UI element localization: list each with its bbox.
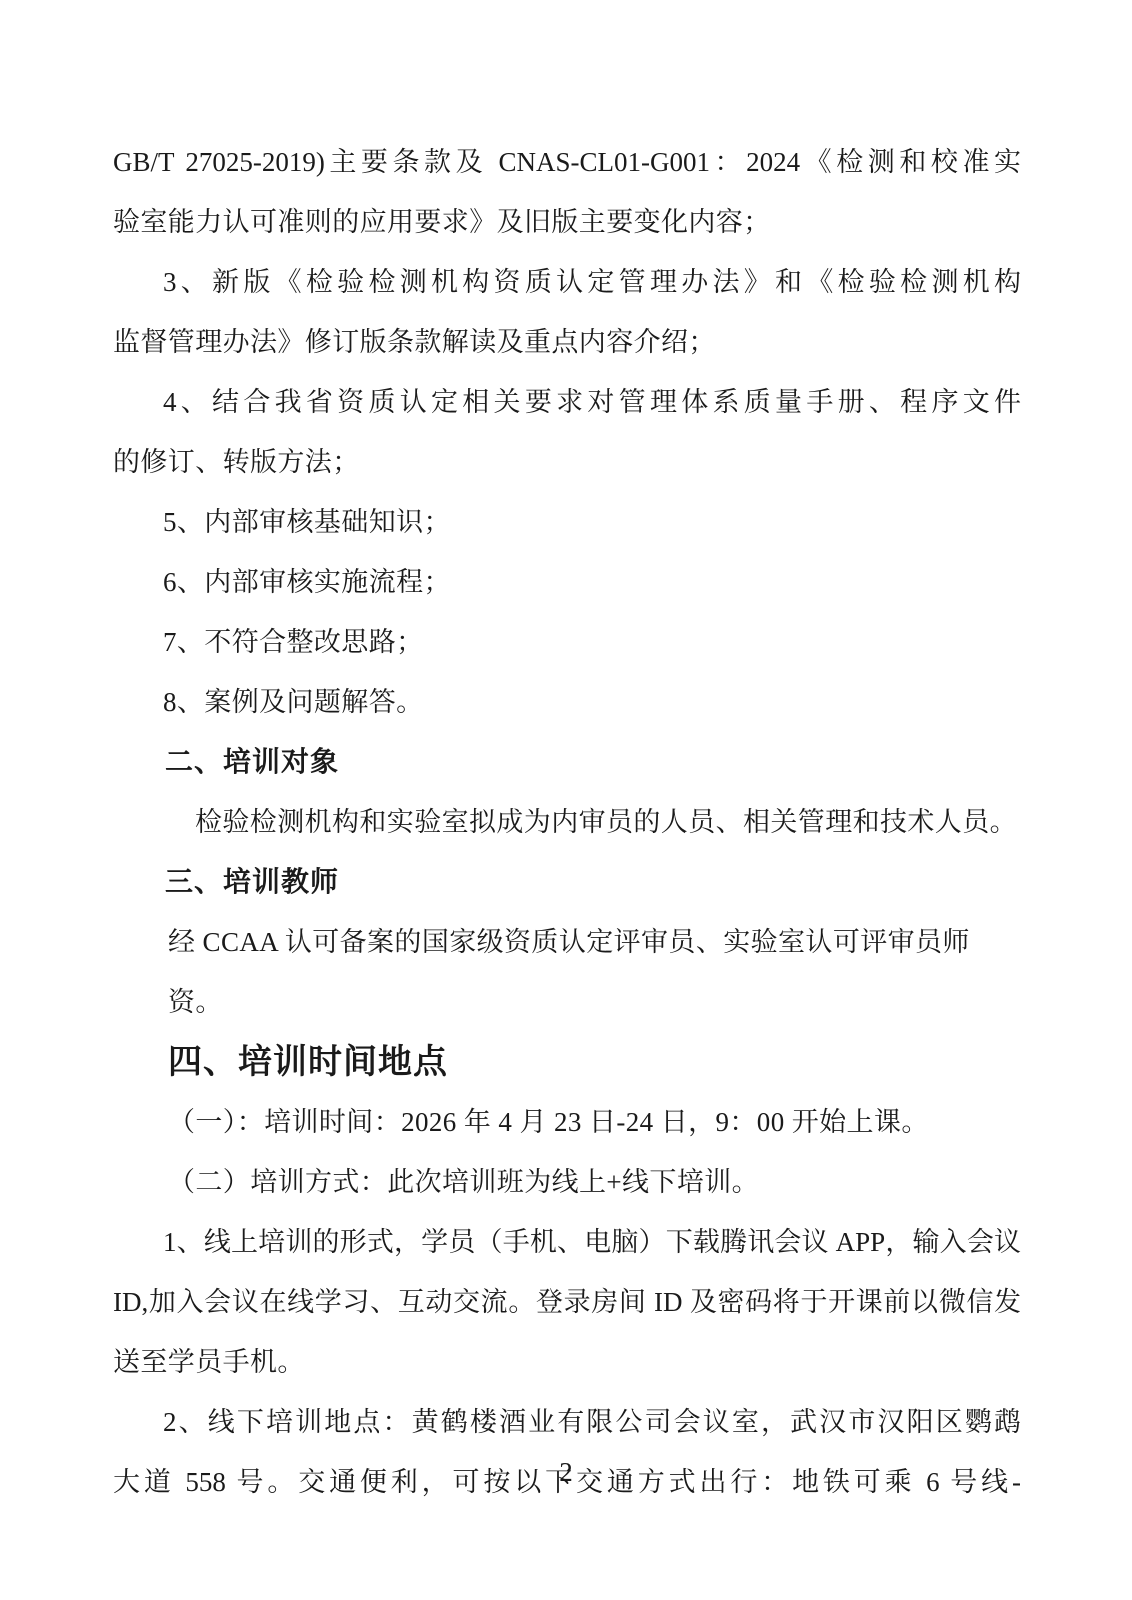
document-body: GB/T 27025-2019)主要条款及 CNAS-CL01-G001：202…	[113, 132, 1021, 1512]
line-offline-location-1: 2、线下培训地点：黄鹤楼酒业有限公司会议室，武汉市汉阳区鹦鹉	[113, 1392, 1021, 1452]
section-heading-audience: 二、培训对象	[113, 732, 1021, 792]
page-number: 2	[0, 1456, 1132, 1488]
line-item-8: 8、案例及问题解答。	[113, 672, 1021, 732]
line-online-training-3: 送至学员手机。	[113, 1332, 1021, 1392]
line-item-3-continuation: 监督管理办法》修订版条款解读及重点内容介绍；	[113, 312, 1021, 372]
line-item-5: 5、内部审核基础知识；	[113, 492, 1021, 552]
line-item-7: 7、不符合整改思路；	[113, 612, 1021, 672]
line-item-6: 6、内部审核实施流程；	[113, 552, 1021, 612]
line-item-3: 3、新版《检验检测机构资质认定管理办法》和《检验检测机构	[113, 252, 1021, 312]
line-online-training-1: 1、线上培训的形式，学员（手机、电脑）下载腾讯会议 APP，输入会议	[113, 1212, 1021, 1272]
line-item-4: 4、结合我省资质认定相关要求对管理体系质量手册、程序文件	[113, 372, 1021, 432]
section-heading-teachers: 三、培训教师	[113, 852, 1021, 912]
section-heading-time-place: 四、培训时间地点	[113, 1032, 1021, 1092]
line-training-time: （一）：培训时间：2026 年 4 月 23 日-24 日，9：00 开始上课。	[113, 1092, 1021, 1152]
line-training-audience: 检验检测机构和实验室拟成为内审员的人员、相关管理和技术人员。	[113, 792, 1021, 852]
document-page: GB/T 27025-2019)主要条款及 CNAS-CL01-G001：202…	[0, 0, 1132, 1600]
line-lab-requirements: 验室能力认可准则的应用要求》及旧版主要变化内容；	[113, 192, 1021, 252]
line-training-method: （二）培训方式：此次培训班为线上+线下培训。	[113, 1152, 1021, 1212]
line-item-4-continuation: 的修订、转版方法；	[113, 432, 1021, 492]
line-gbt-standard: GB/T 27025-2019)主要条款及 CNAS-CL01-G001：202…	[113, 132, 1021, 192]
line-online-training-2: ID,加入会议在线学习、互动交流。登录房间 ID 及密码将于开课前以微信发	[113, 1272, 1021, 1332]
line-training-teachers: 经 CCAA 认可备案的国家级资质认定评审员、实验室认可评审员师资。	[113, 912, 1021, 1032]
